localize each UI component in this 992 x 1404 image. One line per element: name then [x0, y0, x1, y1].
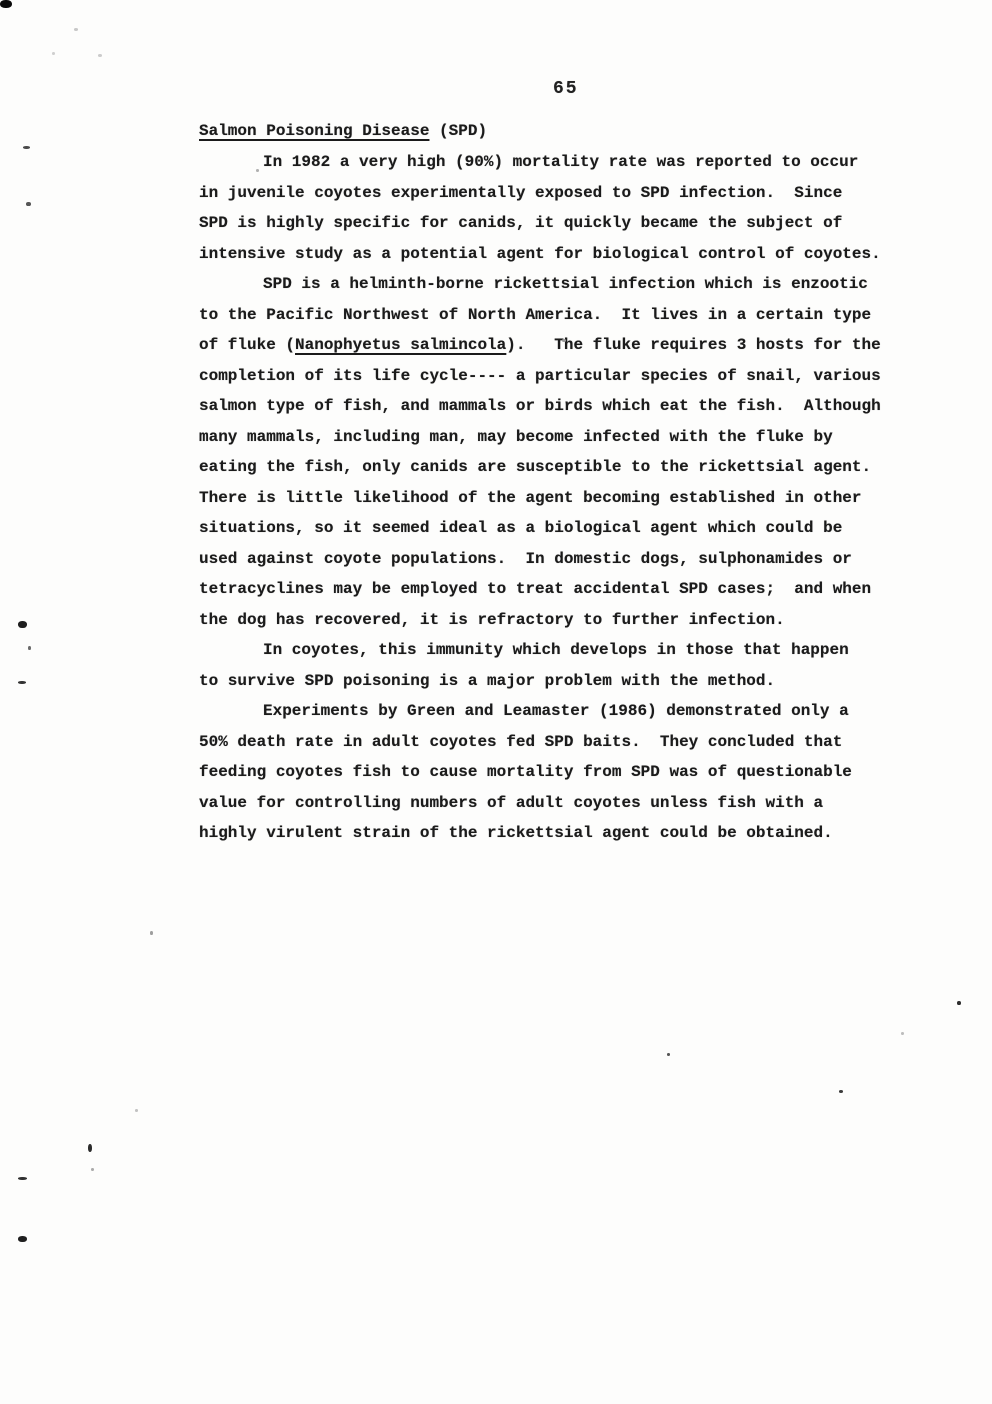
paragraph: In coyotes, this immunity which develops…	[199, 635, 939, 696]
document-body: In 1982 a very high (90%) mortality rate…	[199, 147, 939, 849]
text-segment: feeding coyotes fish to cause mortality …	[199, 763, 852, 781]
text-segment: the dog has recovered, it is refractory …	[199, 611, 785, 629]
text-segment: to survive SPD poisoning is a major prob…	[199, 672, 775, 690]
text-line: completion of its life cycle---- a parti…	[199, 361, 939, 392]
text-segment: intensive study as a potential agent for…	[199, 245, 881, 263]
text-segment: value for controlling numbers of adult c…	[199, 794, 823, 812]
text-segment: SPD is a helminth-borne rickettsial infe…	[263, 275, 868, 293]
scan-speck	[150, 931, 153, 935]
text-line: Experiments by Green and Leamaster (1986…	[199, 696, 939, 727]
scan-speck	[0, 0, 12, 8]
text-segment: There is little likelihood of the agent …	[199, 489, 862, 507]
text-segment: Experiments by Green and Leamaster (1986…	[263, 702, 849, 720]
text-line: highly virulent strain of the rickettsia…	[199, 818, 939, 849]
text-segment: to the Pacific Northwest of North Americ…	[199, 306, 871, 324]
text-segment: In 1982 a very high (90%) mortality rate…	[263, 153, 858, 171]
scan-speck	[18, 621, 27, 628]
text-line: situations, so it seemed ideal as a biol…	[199, 513, 939, 544]
text-line: feeding coyotes fish to cause mortality …	[199, 757, 939, 788]
text-line: SPD is a helminth-borne rickettsial infe…	[199, 269, 939, 300]
text-segment: many mammals, including man, may become …	[199, 428, 833, 446]
underlined-text: Salmon Poisoning Disease	[199, 122, 429, 140]
scan-speck	[135, 1109, 138, 1112]
text-line: to the Pacific Northwest of North Americ…	[199, 300, 939, 331]
text-line: in juvenile coyotes experimentally expos…	[199, 178, 939, 209]
scan-speck	[28, 646, 31, 650]
scan-speck	[667, 1053, 670, 1056]
scan-speck	[88, 1144, 92, 1152]
text-line: There is little likelihood of the agent …	[199, 483, 939, 514]
paragraph: Experiments by Green and Leamaster (1986…	[199, 696, 939, 849]
text-segment: of fluke (	[199, 336, 295, 354]
scan-speck	[18, 681, 26, 684]
text-segment: in juvenile coyotes experimentally expos…	[199, 184, 842, 202]
text-line: 50% death rate in adult coyotes fed SPD …	[199, 727, 939, 758]
text-line: to survive SPD poisoning is a major prob…	[199, 666, 939, 697]
text-segment: used against coyote populations. In dome…	[199, 550, 852, 568]
page-number: 65	[553, 79, 579, 99]
text-segment: (SPD)	[429, 122, 487, 140]
text-segment: situations, so it seemed ideal as a biol…	[199, 519, 842, 537]
text-line: In coyotes, this immunity which develops…	[199, 635, 939, 666]
scan-speck	[901, 1032, 904, 1035]
paragraph: SPD is a helminth-borne rickettsial infe…	[199, 269, 939, 635]
text-segment: salmon type of fish, and mammals or bird…	[199, 397, 881, 415]
text-segment: SPD is highly specific for canids, it qu…	[199, 214, 842, 232]
text-line: salmon type of fish, and mammals or bird…	[199, 391, 939, 422]
text-line: many mammals, including man, may become …	[199, 422, 939, 453]
text-segment: completion of its life cycle---- a parti…	[199, 367, 881, 385]
text-segment: tetracyclines may be employed to treat a…	[199, 580, 871, 598]
text-line: of fluke (Nanophyetus salmincola). The f…	[199, 330, 939, 361]
text-segment: 50% death rate in adult coyotes fed SPD …	[199, 733, 842, 751]
paragraph: In 1982 a very high (90%) mortality rate…	[199, 147, 939, 269]
text-line: SPD is highly specific for canids, it qu…	[199, 208, 939, 239]
text-line: used against coyote populations. In dome…	[199, 544, 939, 575]
scan-speck	[91, 1168, 94, 1171]
text-line: tetracyclines may be employed to treat a…	[199, 574, 939, 605]
text-segment: eating the fish, only canids are suscept…	[199, 458, 871, 476]
document-page: 65 Salmon Poisoning Disease (SPD) In 198…	[0, 0, 992, 1404]
underlined-text: Nanophyetus salmincola	[295, 336, 506, 354]
scan-speck	[26, 202, 31, 206]
section-heading: Salmon Poisoning Disease (SPD)	[199, 120, 487, 142]
text-segment: highly virulent strain of the rickettsia…	[199, 824, 833, 842]
scan-speck	[98, 54, 102, 57]
text-line: eating the fish, only canids are suscept…	[199, 452, 939, 483]
text-line: intensive study as a potential agent for…	[199, 239, 939, 270]
scan-speck	[74, 28, 78, 31]
text-segment: In coyotes, this immunity which develops…	[263, 641, 849, 659]
scan-speck	[957, 1001, 961, 1005]
text-line: the dog has recovered, it is refractory …	[199, 605, 939, 636]
scan-speck	[562, 339, 566, 342]
text-line: value for controlling numbers of adult c…	[199, 788, 939, 819]
scan-speck	[23, 146, 30, 149]
scan-speck	[839, 1090, 843, 1093]
scan-speck	[18, 1236, 27, 1242]
scan-speck	[18, 1177, 27, 1180]
scan-speck	[52, 52, 55, 55]
scan-speck	[256, 169, 259, 172]
text-line: In 1982 a very high (90%) mortality rate…	[199, 147, 939, 178]
